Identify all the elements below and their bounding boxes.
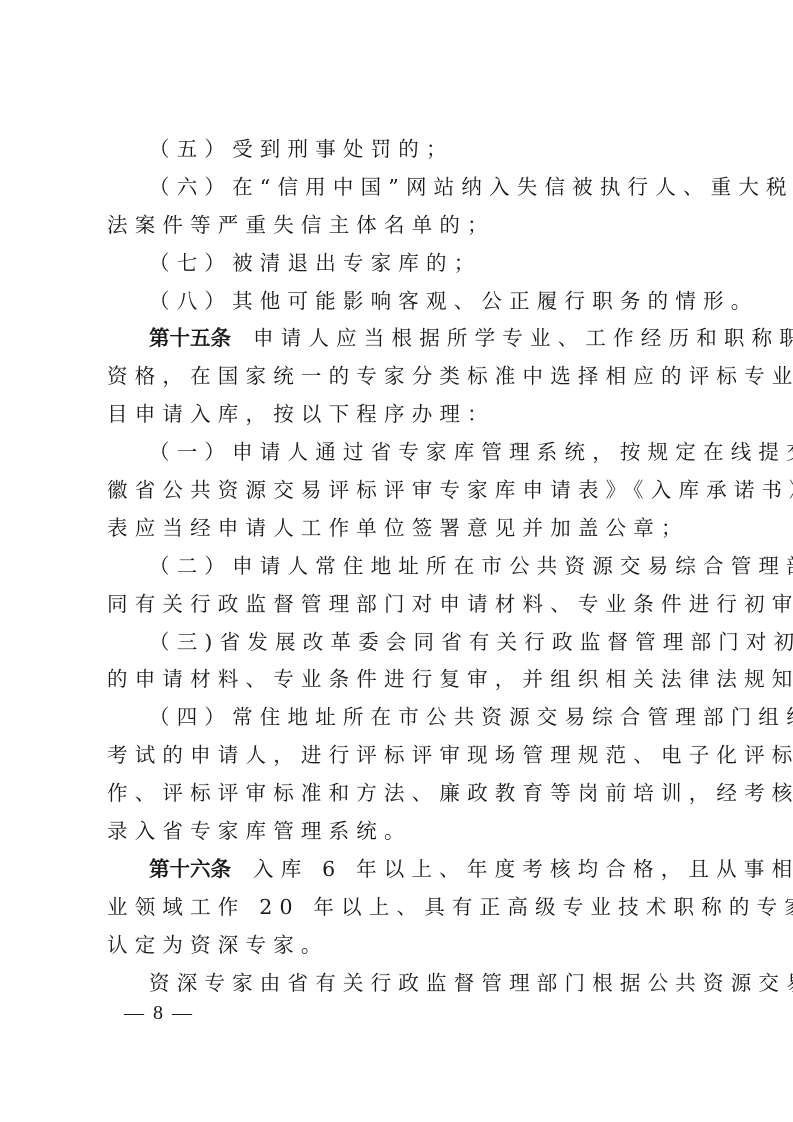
- procedure-text: 的申请材料、专业条件进行复审，并组织相关法律法规知识考试；: [107, 667, 793, 691]
- procedure-text: （四）常住地址所在市公共资源交易综合管理部门组织通过: [149, 705, 793, 729]
- article-15: 第十五条申请人应当根据所学专业、工作经历和职称职业: [107, 320, 697, 358]
- paragraph-text: 资深专家由省有关行政监督管理部门根据公共资源交易项: [149, 971, 793, 995]
- procedure-1: （一）申请人通过省专家库管理系统，按规定在线提交《安: [107, 434, 697, 472]
- clause-6: （六）在“信用中国”网站纳入失信被执行人、重大税收违: [107, 169, 697, 207]
- procedure-3: （三)省发展改革委会同省有关行政监督管理部门对初审合格: [107, 624, 697, 662]
- procedure-text: 表应当经申请人工作单位签署意见并加盖公章；: [107, 516, 689, 540]
- procedure-4: （四）常住地址所在市公共资源交易综合管理部门组织通过: [107, 699, 697, 737]
- clause-text: 法案件等严重失信主体名单的；: [107, 213, 495, 237]
- clause-5: （五）受到刑事处罚的；: [107, 131, 697, 169]
- article-text: 申请人应当根据所学专业、工作经历和职称职业: [253, 326, 793, 350]
- procedure-4-line-2: 考试的申请人，进行评标评审现场管理规范、电子化评标评审操: [107, 737, 697, 775]
- article-16-line-2: 业领域工作 20 年以上、具有正高级专业技术职称的专家，可以: [107, 889, 697, 927]
- article-15-line-2: 资格，在国家统一的专家分类标准中选择相应的评标专业评审品: [107, 358, 697, 396]
- procedure-2-line-2: 同有关行政监督管理部门对申请材料、专业条件进行初审；: [107, 586, 697, 624]
- article-heading: 第十五条: [149, 326, 231, 350]
- procedure-text: 录入省专家库管理系统。: [107, 819, 412, 843]
- article-16-line-3: 认定为资深专家。: [107, 927, 697, 965]
- procedure-text: （一）申请人通过省专家库管理系统，按规定在线提交《安: [149, 440, 793, 464]
- procedure-4-line-3: 作、评标评审标准和方法、廉政教育等岗前培训，经考核合格的，: [107, 775, 697, 813]
- article-text: 资格，在国家统一的专家分类标准中选择相应的评标专业评审品: [107, 364, 793, 388]
- procedure-1-line-3: 表应当经申请人工作单位签署意见并加盖公章；: [107, 510, 697, 548]
- article-text: 业领域工作 20 年以上、具有正高级专业技术职称的专家，可以: [107, 895, 793, 919]
- procedure-text: （二）申请人常住地址所在市公共资源交易综合管理部门会: [149, 554, 793, 578]
- clause-text: （七）被清退出专家库的；: [149, 251, 481, 275]
- procedure-text: 徽省公共资源交易评标评审专家库申请表》《入库承诺书》。申请: [107, 478, 793, 502]
- article-text: 入库 6 年以上、年度考核均合格，且从事相关专: [253, 857, 793, 881]
- procedure-text: 作、评标评审标准和方法、廉政教育等岗前培训，经考核合格的，: [107, 781, 793, 805]
- article-heading: 第十六条: [149, 857, 231, 881]
- document-page: （五）受到刑事处罚的； （六）在“信用中国”网站纳入失信被执行人、重大税收违 法…: [107, 131, 697, 1002]
- clause-text: （六）在“信用中国”网站纳入失信被执行人、重大税收违: [149, 175, 793, 199]
- procedure-text: （三)省发展改革委会同省有关行政监督管理部门对初审合格: [149, 630, 793, 654]
- article-16: 第十六条入库 6 年以上、年度考核均合格，且从事相关专: [107, 851, 697, 889]
- article-text: 认定为资深专家。: [107, 933, 329, 957]
- procedure-4-line-4: 录入省专家库管理系统。: [107, 813, 697, 851]
- senior-expert-paragraph: 资深专家由省有关行政监督管理部门根据公共资源交易项: [107, 965, 697, 1003]
- clause-text: （五）受到刑事处罚的；: [149, 137, 454, 161]
- article-text: 目申请入库，按以下程序办理：: [107, 402, 495, 426]
- procedure-3-line-2: 的申请材料、专业条件进行复审，并组织相关法律法规知识考试；: [107, 661, 697, 699]
- clause-7: （七）被清退出专家库的；: [107, 245, 697, 283]
- clause-6-continued: 法案件等严重失信主体名单的；: [107, 207, 697, 245]
- procedure-text: 考试的申请人，进行评标评审现场管理规范、电子化评标评审操: [107, 743, 793, 767]
- page-number: — 8 —: [124, 1001, 194, 1025]
- clause-8: （八）其他可能影响客观、公正履行职务的情形。: [107, 283, 697, 321]
- procedure-text: 同有关行政监督管理部门对申请材料、专业条件进行初审；: [107, 592, 793, 616]
- procedure-1-line-2: 徽省公共资源交易评标评审专家库申请表》《入库承诺书》。申请: [107, 472, 697, 510]
- clause-text: （八）其他可能影响客观、公正履行职务的情形。: [149, 289, 758, 313]
- article-15-line-3: 目申请入库，按以下程序办理：: [107, 396, 697, 434]
- procedure-2: （二）申请人常住地址所在市公共资源交易综合管理部门会: [107, 548, 697, 586]
